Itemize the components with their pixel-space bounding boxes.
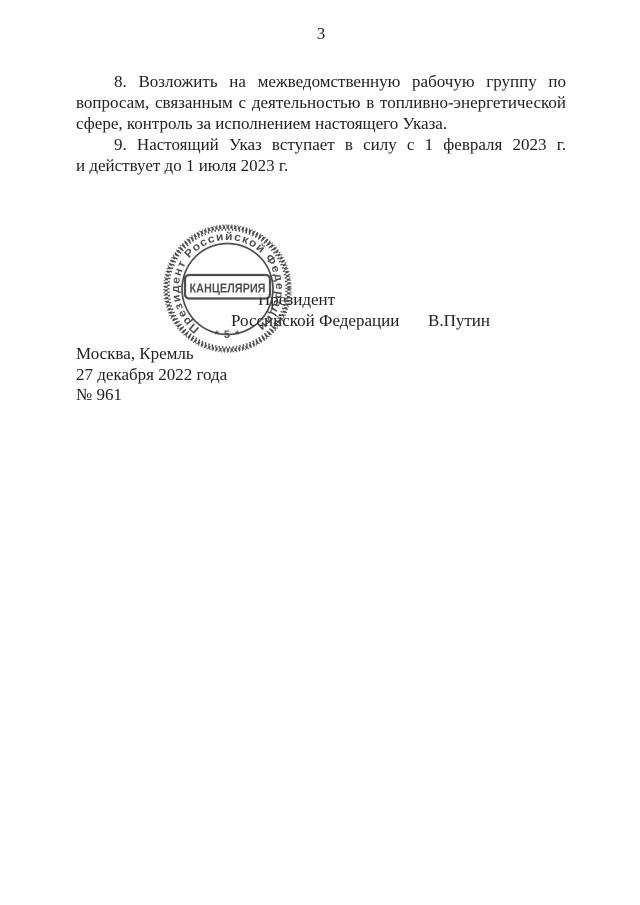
stamp-center-text: КАНЦЕЛЯРИЯ: [190, 282, 266, 296]
paragraph-8-line-3: сфере, контроль за исполнением настоящег…: [76, 113, 566, 134]
paragraph-9-line-2: и действует до 1 июля 2023 г.: [76, 155, 566, 176]
chancellery-stamp: Президент Российской Федерации КАНЦЕЛЯРИ…: [157, 218, 298, 359]
document-page: 3 8. Возложить на межведомственную рабоч…: [0, 0, 640, 905]
decree-body: 8. Возложить на межведомственную рабочую…: [76, 71, 566, 176]
stamp-bottom-number: * 5 *: [215, 329, 241, 341]
signature-name: В.Путин: [428, 311, 490, 331]
paragraph-8-line-2: вопросам, связанным с деятельностью в то…: [76, 92, 566, 113]
footer-decree-number: № 961: [76, 385, 122, 405]
page-number: 3: [76, 24, 566, 44]
footer-date: 27 декабря 2022 года: [76, 365, 227, 385]
paragraph-8-line-1: 8. Возложить на межведомственную рабочую…: [76, 71, 566, 92]
paragraph-9-line-1: 9. Настоящий Указ вступает в силу с 1 фе…: [76, 134, 566, 155]
